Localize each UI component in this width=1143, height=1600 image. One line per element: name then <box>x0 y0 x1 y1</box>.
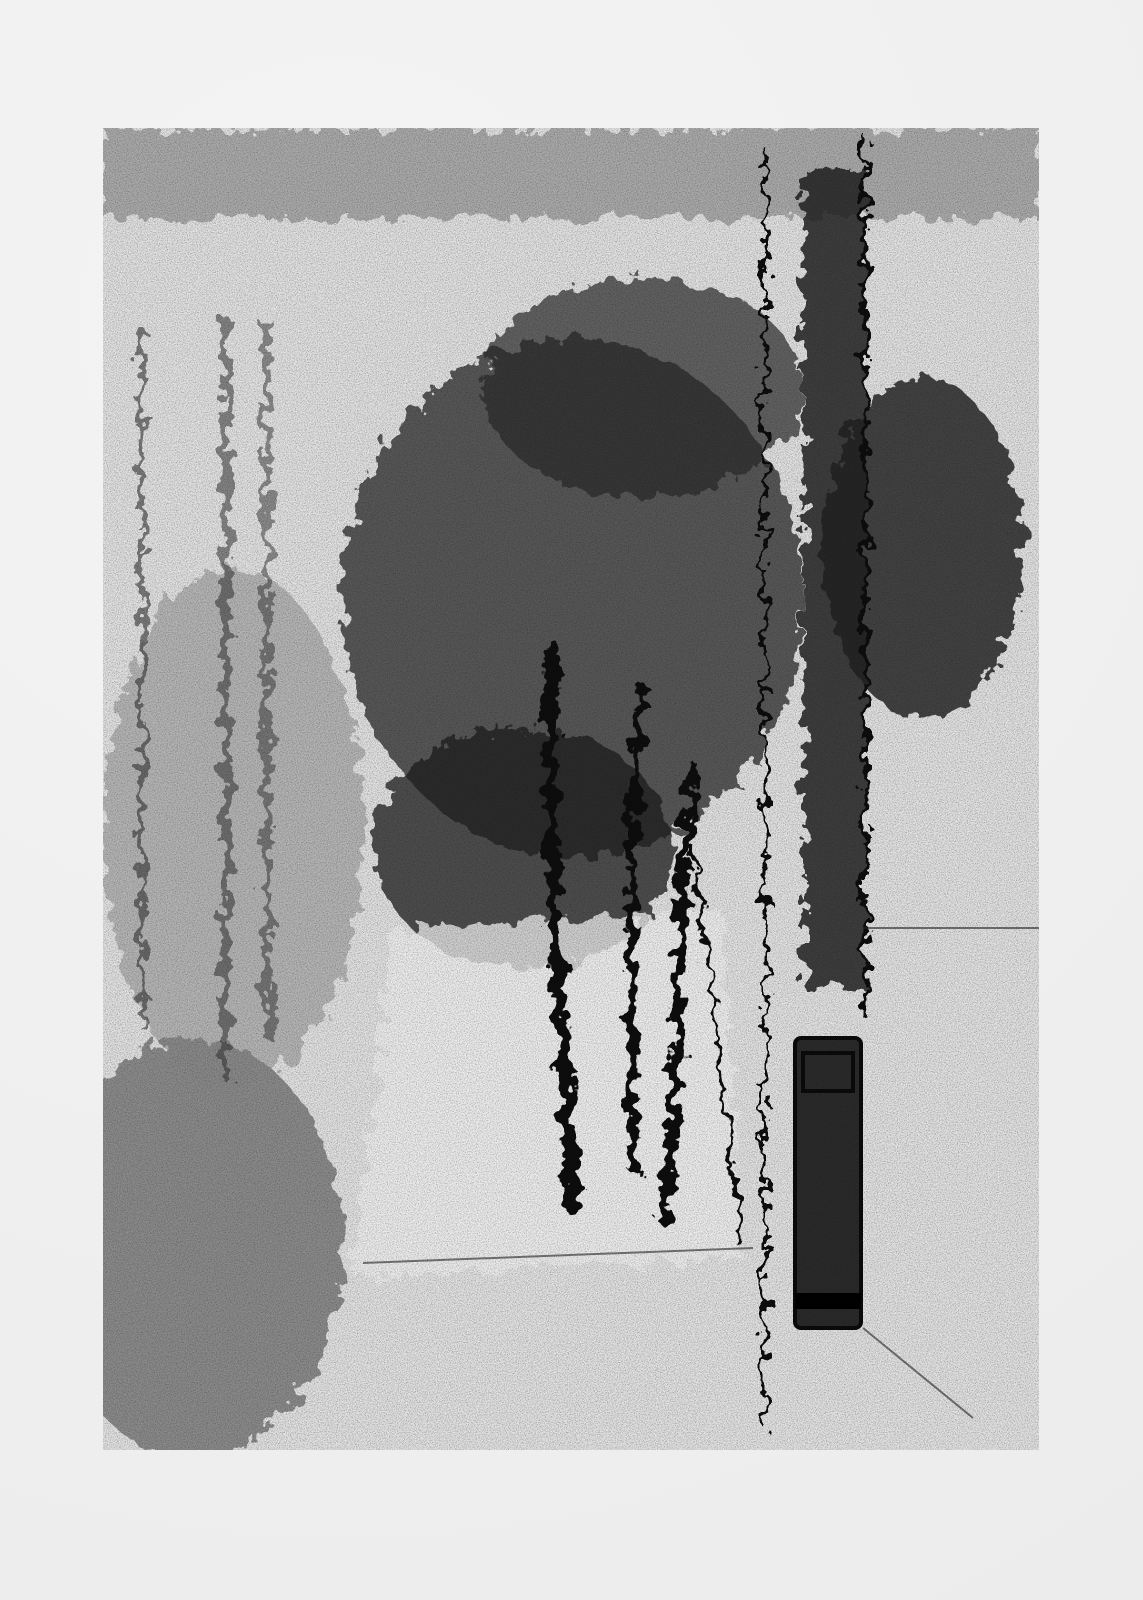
monoprint-artwork <box>103 128 1039 1450</box>
print-image <box>103 128 1039 1450</box>
